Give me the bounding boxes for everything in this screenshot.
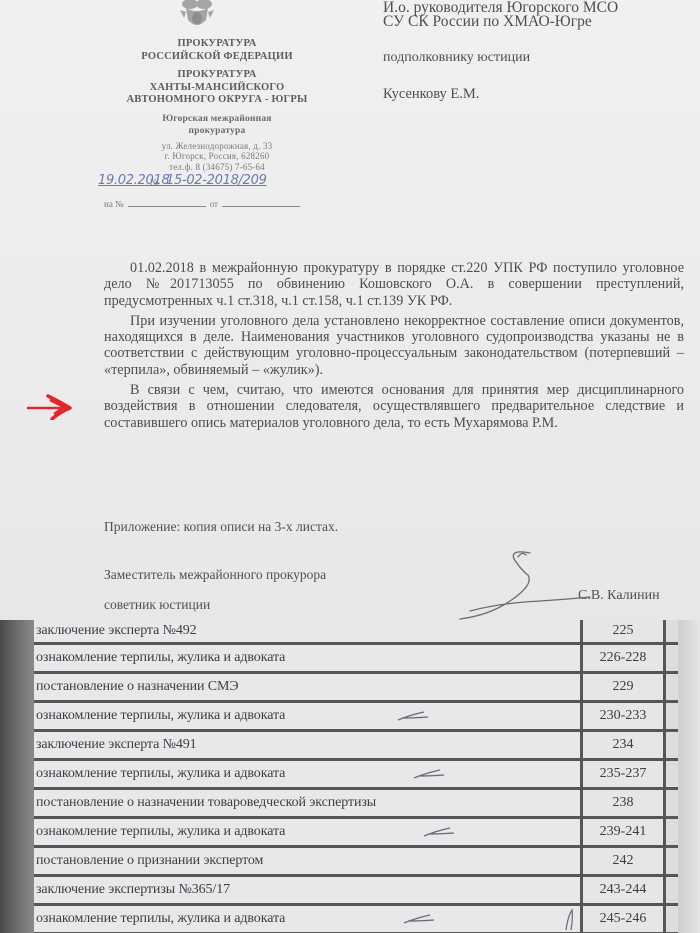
pen-tick-mark-icon [410, 767, 450, 781]
pen-tick-mark-icon [420, 825, 460, 839]
row-pages: 225 [580, 620, 666, 642]
paragraph: 01.02.2018 в межрайонную прокуратуру в п… [104, 260, 684, 309]
row-description: ознакомление терпилы, жулика и адвоката [34, 645, 580, 671]
coat-of-arms-icon [168, 0, 226, 34]
ref-label: на № [104, 199, 124, 209]
sub-org-line: Югорская межрайонная [92, 113, 342, 125]
prosecutor-letter: ПРОКУРАТУРА РОССИЙСКОЙ ФЕДЕРАЦИИ ПРОКУРА… [0, 0, 700, 620]
appendix-note: Приложение: копия описи на 3-х листах. [104, 519, 338, 535]
sub-org-line: прокуратура [92, 125, 342, 137]
ref-from-label: от [210, 199, 218, 209]
ref-from-blank [222, 197, 300, 207]
registration-number: 15-02-2018/209 [166, 173, 267, 188]
addressee-rank: подполковнику юстиции [383, 51, 693, 65]
addressee-line: СУ СК России по ХМАО-Югре [383, 15, 693, 29]
handwritten-signature-icon [430, 545, 630, 620]
number-label: № [150, 177, 159, 187]
org-line: АВТОНОМНОГО ОКРУГА - ЮГРЫ [92, 94, 342, 107]
row-description: заключение эксперта №491 [34, 732, 580, 758]
table-row: заключение эксперта №492 225 [34, 620, 678, 645]
table-row: постановление о назначении СМЭ 229 [34, 674, 678, 703]
row-pages: 243-244 [580, 877, 666, 903]
table-row: постановление о назначении товароведческ… [34, 790, 678, 819]
registration-line: 19.02.2018 № 15-02-2018/209 [98, 173, 348, 193]
addressee-block: И.о. руководителя Югорского МСО СУ СК Ро… [383, 1, 693, 101]
pen-tick-mark-icon [400, 912, 440, 926]
signer-name: С.В. Калинин [578, 588, 660, 604]
row-pages: 238 [580, 790, 666, 816]
addressee-name: Кусенкову Е.М. [383, 87, 693, 101]
pen-stroke-mark-icon [562, 908, 576, 930]
table-row: ознакомление терпилы, жулика и адвоката … [34, 703, 678, 732]
row-description: постановление о назначении товароведческ… [34, 790, 580, 816]
row-pages: 230-233 [580, 703, 666, 729]
org-line: ПРОКУРАТУРА [92, 38, 342, 51]
signer-title: Заместитель межрайонного прокурора [104, 567, 326, 583]
inventory-table-photo: заключение эксперта №492 225 ознакомлени… [0, 620, 700, 933]
org-line: ХАНТЫ-МАНСИЙСКОГО [92, 82, 342, 95]
paragraph: При изучении уголовного дела установлено… [104, 313, 684, 378]
row-description: ознакомление терпилы, жулика и адвоката [34, 906, 580, 932]
org-line: РОССИЙСКОЙ ФЕДЕРАЦИИ [92, 51, 342, 64]
table-row: заключение экспертизы №365/17 243-244 [34, 877, 678, 906]
letter-body: 01.02.2018 в межрайонную прокуратуру в п… [104, 260, 684, 431]
photo-edge [678, 620, 700, 933]
row-description: ознакомление терпилы, жулика и адвоката [34, 819, 580, 845]
reference-line: на №от [104, 197, 304, 209]
address-line: г. Югорск, Россия, 628260 [92, 151, 342, 162]
table-row: ознакомление терпилы, жулика и адвоката … [34, 819, 678, 848]
row-description: заключение экспертизы №365/17 [34, 877, 580, 903]
red-arrow-annotation-icon [26, 394, 76, 420]
signer-rank: советник юстиции [104, 597, 210, 613]
row-pages: 234 [580, 732, 666, 758]
row-description: постановление о признании экспертом [34, 848, 580, 874]
registration-date: 19.02.2018 [98, 173, 169, 188]
row-pages: 229 [580, 674, 666, 700]
table-row: ознакомление терпилы, жулика и адвоката … [34, 645, 678, 674]
row-description: ознакомление терпилы, жулика и адвоката [34, 761, 580, 787]
table-row: ознакомление терпилы, жулика и адвоката … [34, 761, 678, 790]
row-pages: 235-237 [580, 761, 666, 787]
row-description: ознакомление терпилы, жулика и адвоката [34, 703, 580, 729]
row-pages: 226-228 [580, 645, 666, 671]
row-pages: 242 [580, 848, 666, 874]
sender-block: ПРОКУРАТУРА РОССИЙСКОЙ ФЕДЕРАЦИИ ПРОКУРА… [92, 38, 342, 172]
table-row: постановление о признании экспертом 242 [34, 848, 678, 877]
table-row: ознакомление терпилы, жулика и адвоката … [34, 906, 678, 933]
row-pages: 239-241 [580, 819, 666, 845]
table-row: заключение эксперта №491 234 [34, 732, 678, 761]
row-description: постановление о назначении СМЭ [34, 674, 580, 700]
org-line: ПРОКУРАТУРА [92, 69, 342, 82]
inventory-table: заключение эксперта №492 225 ознакомлени… [34, 620, 678, 933]
paragraph: В связи с чем, считаю, что имеются основ… [104, 382, 684, 431]
row-description: заключение эксперта №492 [34, 620, 580, 642]
ref-blank [128, 197, 206, 207]
row-pages: 245-246 [580, 906, 666, 932]
photo-edge-shadow [0, 620, 34, 933]
phone-line: тел.ф. 8 (34675) 7-65-64 [92, 162, 342, 173]
pen-tick-mark-icon [394, 709, 434, 723]
address-line: ул. Железнодорожная, д. 33 [92, 141, 342, 152]
